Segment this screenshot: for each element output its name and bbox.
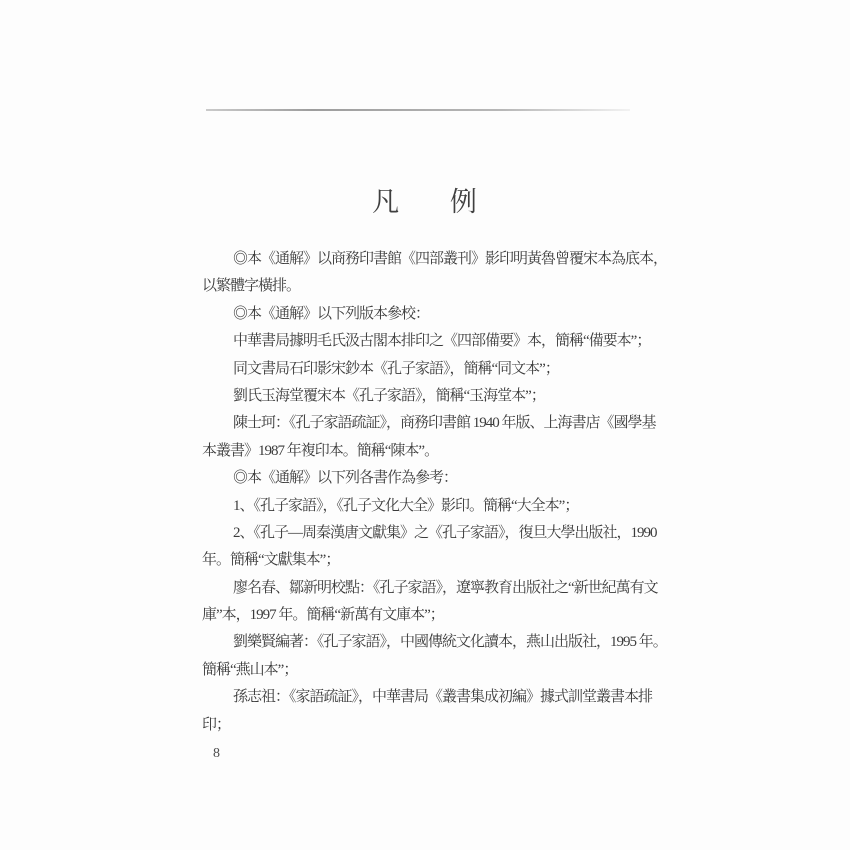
text-line: ◎本《通解》以商務印書館《四部叢刊》影印明黃魯曾覆宋本為底本， [202, 246, 654, 273]
text-line: 陳士珂：《孔子家語疏証》，商務印書館 1940 年版、上海書店《國學基 [202, 410, 654, 437]
text-line: 劉氏玉海堂覆宋本《孔子家語》，簡稱“玉海堂本”； [202, 383, 654, 410]
text-line: 孫志祖：《家語疏証》，中華書局《叢書集成初編》據式訓堂叢書本排 [202, 684, 654, 711]
text-line: 本叢書》1987 年複印本。簡稱“陳本”。 [202, 438, 654, 465]
text-line: 廖名春、鄒新明校點：《孔子家語》，遼寧教育出版社之“新世紀萬有文 [202, 575, 654, 602]
text-line: 同文書局石印影宋鈔本《孔子家語》，簡稱“同文本”； [202, 356, 654, 383]
page-title: 凡 例 [0, 180, 850, 219]
text-line: 以繁體字橫排。 [202, 273, 654, 300]
text-line: ◎本《通解》以下列版本參校： [202, 301, 654, 328]
text-line: 庫”本，1997 年。簡稱“新萬有文庫本”； [202, 602, 654, 629]
body-text-block: ◎本《通解》以商務印書館《四部叢刊》影印明黃魯曾覆宋本為底本， 以繁體字橫排。 … [202, 246, 654, 739]
text-line: 年。簡稱“文獻集本”； [202, 547, 654, 574]
text-line: 中華書局據明毛氏汲古閣本排印之《四部備要》本，簡稱“備要本”； [202, 328, 654, 355]
text-line: 印； [202, 712, 654, 739]
text-line: 簡稱“燕山本”； [202, 657, 654, 684]
header-divider-rule [206, 109, 630, 111]
text-line: ◎本《通解》以下列各書作為參考： [202, 465, 654, 492]
text-line: 1、《孔子家語》，《孔子文化大全》影印。簡稱“大全本”； [202, 493, 654, 520]
text-line: 2、《孔子—周秦漢唐文獻集》之《孔子家語》，復旦大學出版社，1990 [202, 520, 654, 547]
text-line: 劉樂賢編著：《孔子家語》，中國傳統文化讀本，燕山出版社，1995 年。 [202, 629, 654, 656]
page-number: 8 [213, 746, 220, 762]
scanned-book-page: 凡 例 ◎本《通解》以商務印書館《四部叢刊》影印明黃魯曾覆宋本為底本， 以繁體字… [0, 0, 850, 850]
